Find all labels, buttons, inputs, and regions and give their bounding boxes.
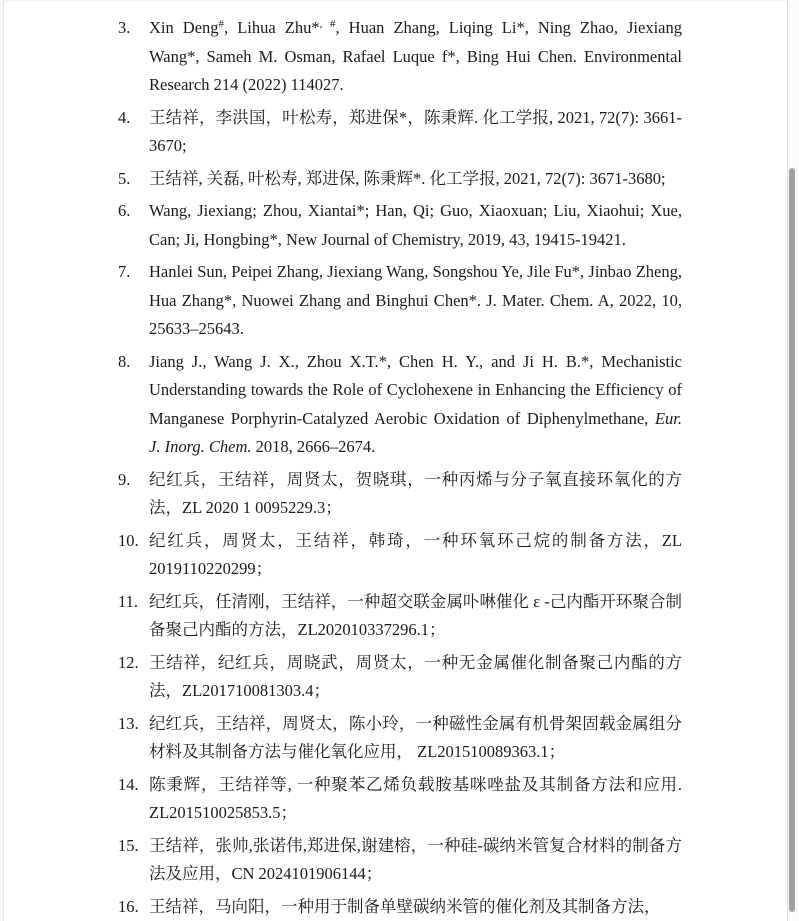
reference-item: 12.王结祥，纪红兵，周晓武，周贤太，一种无金属催化制备聚己内酯的方法，ZL20… [118, 649, 787, 706]
item-number: 15. [118, 832, 149, 889]
text-segment: Jiang J., Wang J. X., Zhou X.T.*, Chen H… [149, 352, 682, 428]
item-text: 王结祥，纪红兵，周晓武，周贤太，一种无金属催化制备聚己内酯的方法，ZL20171… [149, 649, 682, 706]
item-number: 5. [118, 165, 149, 194]
reference-item: 13.纪红兵，王结祥，周贤太，陈小玲，一种磁性金属有机骨架固载金属组分材料及其制… [118, 710, 787, 767]
text-segment: Xin Deng [149, 18, 219, 37]
item-text: 王结祥, 关磊, 叶松寿, 郑进保, 陈秉辉*. 化工学报, 2021, 72(… [149, 165, 682, 194]
item-number: 8. [118, 348, 149, 462]
text-segment: 纪红兵，周贤太，王结祥，韩琦，一种环氧环己烷的制备方法，ZL 201911022… [149, 531, 682, 579]
reference-item: 14.陈秉辉，王结祥等, 一种聚苯乙烯负载胺基咪唑盐及其制备方法和应用. ZL2… [118, 771, 787, 828]
reference-item: 3.Xin Deng#, Lihua Zhu*, #, Huan Zhang, … [118, 14, 787, 100]
reference-item: 15.王结祥，张帅,张诺伟,郑进保,谢建榕，一种硅-碳纳米管复合材料的制备方法及… [118, 832, 787, 889]
text-segment: Hanlei Sun, Peipei Zhang, Jiexiang Wang,… [149, 262, 682, 338]
item-number: 13. [118, 710, 149, 767]
superscript-text: , # [320, 18, 336, 30]
item-number: 11. [118, 588, 149, 645]
text-segment: 王结祥, 关磊, 叶松寿, 郑进保, 陈秉辉*. 化工学报, 2021, 72(… [149, 169, 666, 188]
text-segment: 2018, 2666–2674. [252, 437, 376, 456]
item-text: 纪红兵，王结祥，周贤太，陈小玲，一种磁性金属有机骨架固载金属组分材料及其制备方法… [149, 710, 682, 767]
reference-item: 6.Wang, Jiexiang; Zhou, Xiantai*; Han, Q… [118, 197, 787, 254]
scrollbar[interactable] [788, 0, 799, 921]
item-number: 16. [118, 893, 149, 921]
item-number: 9. [118, 466, 149, 523]
item-text: 纪红兵，周贤太，王结祥，韩琦，一种环氧环己烷的制备方法，ZL 201911022… [149, 527, 682, 584]
item-number: 4. [118, 104, 149, 161]
item-number: 12. [118, 649, 149, 706]
item-number: 10. [118, 527, 149, 584]
reference-item: 4.王结祥，李洪国，叶松寿，郑进保*，陈秉辉. 化工学报, 2021, 72(7… [118, 104, 787, 161]
item-text: Hanlei Sun, Peipei Zhang, Jiexiang Wang,… [149, 258, 682, 344]
reference-item: 8.Jiang J., Wang J. X., Zhou X.T.*, Chen… [118, 348, 787, 462]
reference-item: 7.Hanlei Sun, Peipei Zhang, Jiexiang Wan… [118, 258, 787, 344]
text-segment: 纪红兵，王结祥，周贤太，陈小玲，一种磁性金属有机骨架固载金属组分材料及其制备方法… [149, 714, 682, 762]
document-content: 3.Xin Deng#, Lihua Zhu*, #, Huan Zhang, … [4, 1, 787, 921]
reference-item: 16.王结祥，马向阳，一种用于制备单壁碳纳米管的催化剂及其制备方法， [118, 893, 787, 921]
document-page: 3.Xin Deng#, Lihua Zhu*, #, Huan Zhang, … [3, 0, 788, 921]
item-number: 3. [118, 14, 149, 100]
reference-list: 3.Xin Deng#, Lihua Zhu*, #, Huan Zhang, … [118, 14, 787, 921]
text-segment: 纪红兵，王结祥，周贤太，贺晓琪，一种丙烯与分子氧直接环氧化的方法，ZL 2020… [149, 470, 682, 518]
item-text: Xin Deng#, Lihua Zhu*, #, Huan Zhang, Li… [149, 14, 682, 100]
item-text: 王结祥，李洪国，叶松寿，郑进保*，陈秉辉. 化工学报, 2021, 72(7):… [149, 104, 682, 161]
item-text: Wang, Jiexiang; Zhou, Xiantai*; Han, Qi;… [149, 197, 682, 254]
item-number: 7. [118, 258, 149, 344]
text-segment: Wang, Jiexiang; Zhou, Xiantai*; Han, Qi;… [149, 201, 682, 249]
text-segment: 王结祥，李洪国，叶松寿，郑进保*，陈秉辉. 化工学报, 2021, 72(7):… [149, 108, 682, 156]
text-segment: 王结祥，马向阳，一种用于制备单壁碳纳米管的催化剂及其制备方法， [149, 897, 661, 916]
text-segment: 纪红兵，任清刚，王结祥，一种超交联金属卟啉催化 ε -己内酯开环聚合制备聚己内酯… [149, 592, 682, 640]
item-number: 14. [118, 771, 149, 828]
item-text: 纪红兵，王结祥，周贤太，贺晓琪，一种丙烯与分子氧直接环氧化的方法，ZL 2020… [149, 466, 682, 523]
item-text: 王结祥，张帅,张诺伟,郑进保,谢建榕，一种硅-碳纳米管复合材料的制备方法及应用，… [149, 832, 682, 889]
reference-item: 11.纪红兵，任清刚，王结祥，一种超交联金属卟啉催化 ε -己内酯开环聚合制备聚… [118, 588, 787, 645]
reference-item: 5.王结祥, 关磊, 叶松寿, 郑进保, 陈秉辉*. 化工学报, 2021, 7… [118, 165, 787, 194]
text-segment: 王结祥，纪红兵，周晓武，周贤太，一种无金属催化制备聚己内酯的方法，ZL20171… [149, 653, 682, 701]
item-number: 6. [118, 197, 149, 254]
item-text: 陈秉辉，王结祥等, 一种聚苯乙烯负载胺基咪唑盐及其制备方法和应用. ZL2015… [149, 771, 682, 828]
reference-item: 9.纪红兵，王结祥，周贤太，贺晓琪，一种丙烯与分子氧直接环氧化的方法，ZL 20… [118, 466, 787, 523]
item-text: Jiang J., Wang J. X., Zhou X.T.*, Chen H… [149, 348, 682, 462]
text-segment: 陈秉辉，王结祥等, 一种聚苯乙烯负载胺基咪唑盐及其制备方法和应用. ZL2015… [149, 775, 682, 823]
text-segment: , Lihua Zhu* [224, 18, 320, 37]
text-segment: 王结祥，张帅,张诺伟,郑进保,谢建榕，一种硅-碳纳米管复合材料的制备方法及应用，… [149, 836, 682, 884]
scrollbar-thumb[interactable] [789, 168, 795, 912]
item-text: 王结祥，马向阳，一种用于制备单壁碳纳米管的催化剂及其制备方法， [149, 893, 682, 921]
item-text: 纪红兵，任清刚，王结祥，一种超交联金属卟啉催化 ε -己内酯开环聚合制备聚己内酯… [149, 588, 682, 645]
reference-item: 10.纪红兵，周贤太，王结祥，韩琦，一种环氧环己烷的制备方法，ZL 201911… [118, 527, 787, 584]
